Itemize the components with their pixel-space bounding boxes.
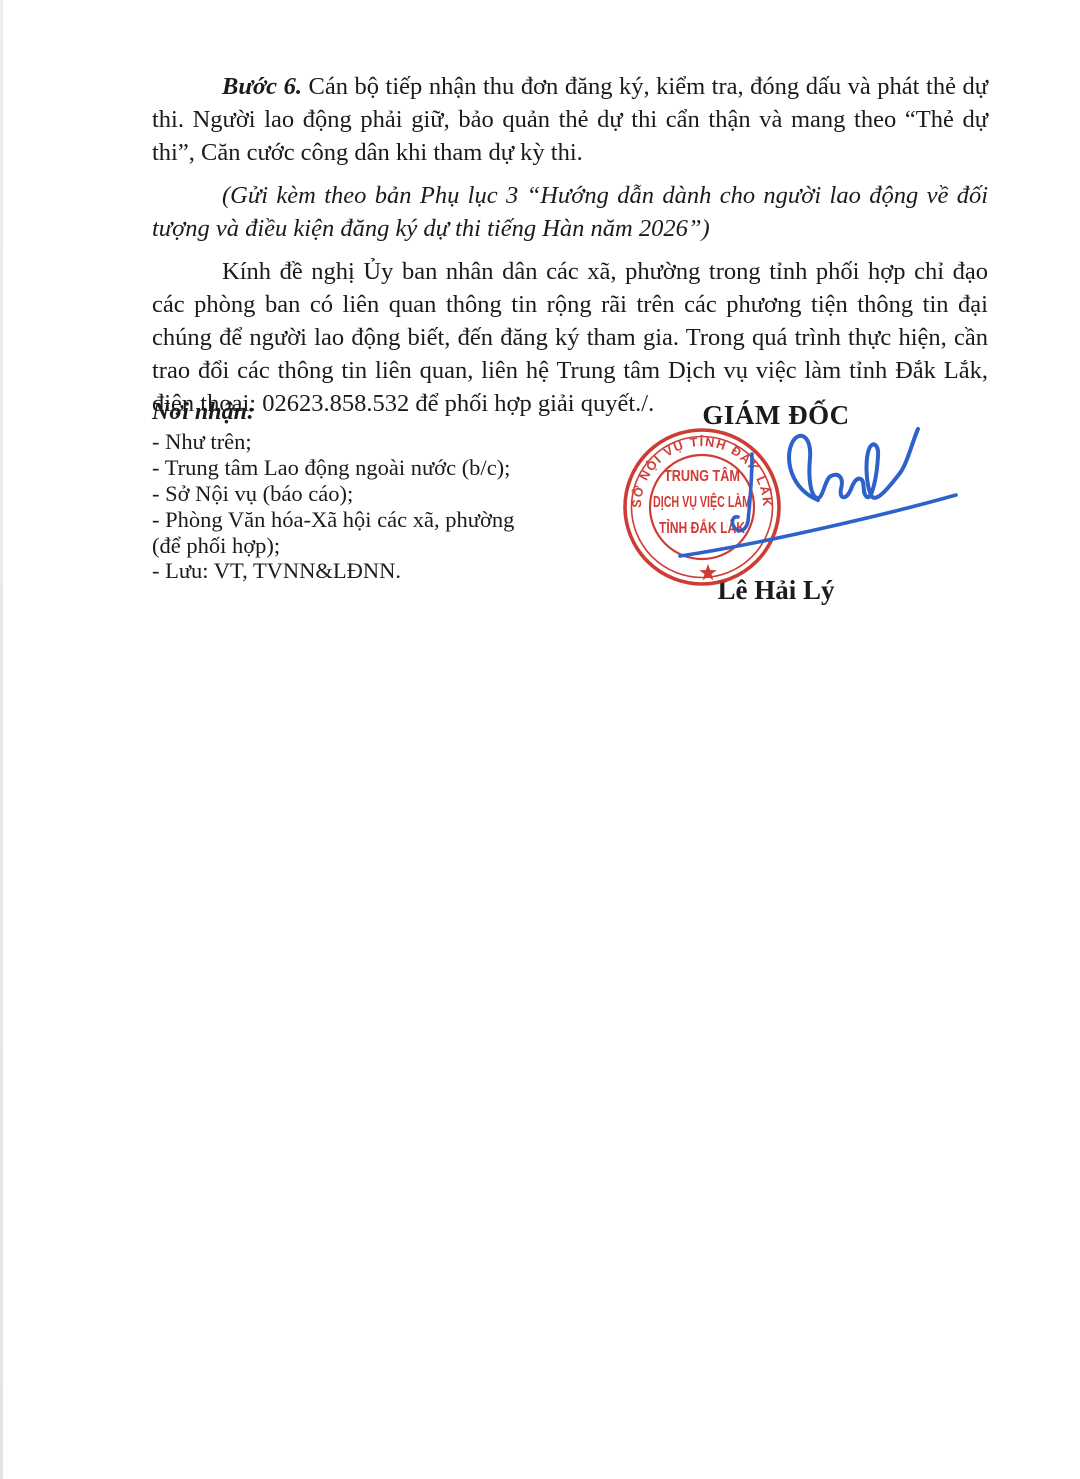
signature-underline-stroke [680, 495, 956, 556]
recipient-line: - Trung tâm Lao động ngoài nước (b/c); [152, 455, 582, 481]
signature-j-stroke [732, 454, 752, 531]
handwritten-signature [660, 418, 1050, 568]
document-body: Bước 6. Cán bộ tiếp nhận thu đơn đăng ký… [152, 70, 988, 430]
recipient-line: - Phòng Văn hóa-Xã hội các xã, phường [152, 507, 582, 533]
recipients-block: Nơi nhận: - Như trên; - Trung tâm Lao độ… [152, 400, 582, 584]
recipients-heading: Nơi nhận: [152, 400, 582, 426]
step6-label: Bước 6. [222, 73, 302, 100]
recipient-line: (để phối hợp); [152, 533, 582, 559]
recipient-line: - Lưu: VT, TVNN&LĐNN. [152, 558, 582, 584]
paragraph-request: Kính đề nghị Ủy ban nhân dân các xã, phư… [152, 255, 988, 420]
paragraph-attachment-note: (Gửi kèm theo bản Phụ lục 3 “Hướng dẫn d… [152, 179, 988, 245]
recipient-line: - Như trên; [152, 429, 582, 455]
recipient-line: - Sở Nội vụ (báo cáo); [152, 481, 582, 507]
scan-edge-artifact [0, 0, 3, 1479]
document-page: Bước 6. Cán bộ tiếp nhận thu đơn đăng ký… [0, 0, 1080, 1479]
paragraph-step6: Bước 6. Cán bộ tiếp nhận thu đơn đăng ký… [152, 70, 988, 169]
signature-main-stroke [789, 429, 918, 500]
